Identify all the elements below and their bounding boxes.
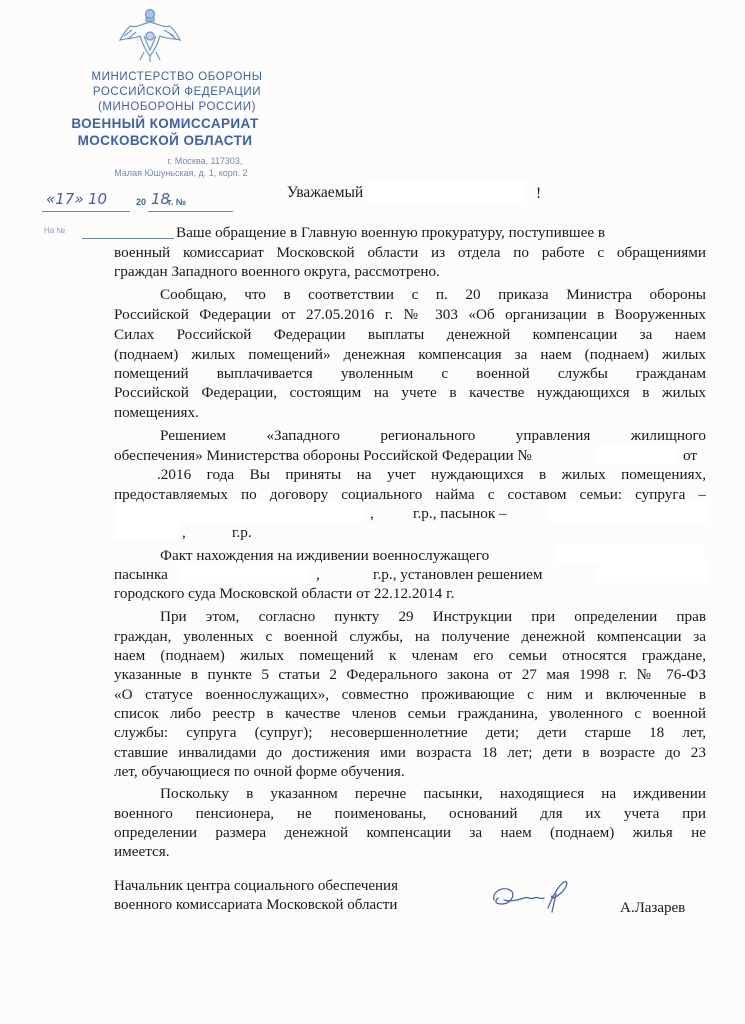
p5-line-2: граждан, уволенных с военной службы, на …	[114, 629, 706, 646]
p5-line-9: лет, обучающиеся по очной форме обучения…	[114, 764, 405, 779]
p1-line-3: граждан Западного военного округа, рассм…	[114, 264, 440, 279]
p3-line-1: Решением «Западного регионального управл…	[160, 428, 706, 445]
text: Ваше обращение в Главную военную прокура…	[176, 225, 605, 242]
p1-line-1: Ваше обращение в Главную военную прокура…	[176, 225, 706, 242]
p1-line-2: военный комиссариат Московской области и…	[114, 245, 706, 262]
p5-line-5: «О статусе военнослужащих», совместно пр…	[114, 687, 706, 704]
double-headed-eagle-icon	[118, 6, 182, 64]
handwritten-signature-icon	[490, 878, 580, 918]
stamp-commissariat-line: ВОЕННЫЙ КОМИССАРИАТ	[50, 117, 280, 131]
month-underline	[80, 211, 130, 212]
greeting-exclamation: !	[536, 185, 541, 203]
p5-line-3: наем (поднаем) жилых помещений к членам …	[114, 648, 706, 665]
p2-line-3: Силах Российской Федерации выплаты денеж…	[114, 327, 706, 344]
redacted-recipient-name	[368, 180, 526, 202]
redacted-stepson-name	[550, 502, 710, 522]
signer-title-line-1: Начальник центра социального обеспечения	[114, 878, 398, 895]
stamp-address-street: Малая Юшуньская, д. 1, корп. 2	[66, 169, 296, 178]
p4-stepson-label: пасынка	[114, 567, 168, 582]
p2-line-2: Российской Федерации от 27.05.2016 г. № …	[114, 307, 706, 324]
p3-comma-1: ,	[370, 506, 374, 521]
p3-stepson-label: г.р., пасынок –	[413, 506, 507, 521]
letter-page: МИНИСТЕРСТВО ОБОРОНЫ РОССИЙСКОЙ ФЕДЕРАЦИ…	[0, 0, 745, 1024]
stamp-abbrev-line: (МИНОБОРОНЫ РОССИИ)	[62, 102, 292, 114]
p3-comma-2: ,	[182, 525, 186, 540]
p3-birth-year-label: г.р.	[232, 525, 252, 540]
signer-name: А.Лазарев	[620, 900, 685, 917]
p2-line-1: Сообщаю, что в соответствии с п. 20 прик…	[160, 287, 706, 304]
p4-line-3: городского суда Московской области от 22…	[114, 586, 454, 601]
p6-line-2: военного пенсионера, не поименованы, осн…	[114, 806, 706, 823]
p4-established-text: г.р., установлен решением	[373, 567, 543, 582]
redacted-stepson-name-2	[180, 563, 310, 583]
p3-line-2: обеспечения» Министерства обороны Россий…	[114, 448, 532, 463]
number-underline	[148, 211, 233, 212]
p2-line-5: помещений выплачивается уволенным с воен…	[114, 366, 706, 383]
date-number-label: г. №	[168, 197, 186, 207]
p2-line-6: Российской Федерации, состоящим на учете…	[114, 385, 706, 402]
stamp-region-line: МОСКОВСКОЙ ОБЛАСТИ	[50, 134, 280, 148]
signer-title-line-2: военного комиссариата Московской области	[114, 897, 397, 914]
p3-line-3: .2016 года Вы приняты на учет нуждающихс…	[157, 467, 706, 484]
p6-line-4: имеется.	[114, 844, 170, 859]
p5-line-8: ставшие инвалидами до достижения ими воз…	[114, 745, 706, 762]
stamp-address-city: г. Москва, 117303,	[90, 157, 320, 166]
p2-line-7: помещениях.	[114, 405, 199, 420]
date-month: 10	[88, 190, 107, 208]
redacted-serviceman-name	[555, 544, 705, 564]
ref-prefix: На №	[44, 226, 65, 235]
stamp-ministry-line: МИНИСТЕРСТВО ОБОРОНЫ	[62, 72, 292, 84]
redacted-stepson-birthdate	[114, 521, 180, 541]
p5-line-4: указанные в пункте 5 статьи 2 Федерально…	[114, 667, 706, 684]
p2-line-4: (поднаем) жилых помещений» денежная комп…	[114, 347, 706, 364]
greeting: Уважаемый	[287, 184, 363, 202]
ref-number-underline	[82, 238, 174, 239]
p5-line-7: службы: супруга (супруг); несовершенноле…	[114, 725, 706, 742]
p4-comma: ,	[316, 567, 320, 582]
letterhead-stamp: МИНИСТЕРСТВО ОБОРОНЫ РОССИЙСКОЙ ФЕДЕРАЦИ…	[40, 0, 300, 215]
p5-line-1: При этом, согласно пункту 29 Инструкции …	[160, 609, 706, 626]
redacted-court-name	[598, 563, 708, 583]
date-year-prefix: 20	[136, 197, 146, 207]
p3-from-label: от	[683, 448, 697, 463]
stamp-federation-line: РОССИЙСКОЙ ФЕДЕРАЦИИ	[62, 87, 292, 99]
redacted-decision-number	[598, 444, 676, 464]
redacted-spouse-name	[114, 502, 364, 522]
p6-line-1: Поскольку в указанном перечне пасынки, н…	[160, 786, 706, 803]
p5-line-6: список либо реестр в качестве членов сем…	[114, 706, 706, 723]
date-day: «17»	[46, 190, 84, 208]
date-underline	[42, 211, 82, 212]
p4-line-1: Факт нахождения на иждивении военнослужа…	[160, 548, 489, 563]
p6-line-3: определении размера денежной компенсации…	[114, 825, 706, 842]
